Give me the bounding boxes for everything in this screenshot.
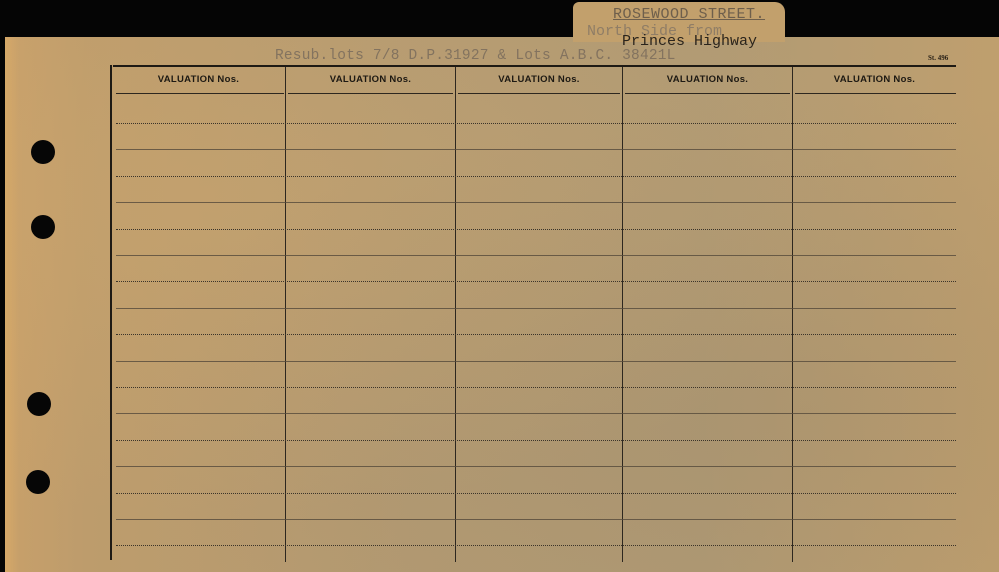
column-header: VALUATION Nos. [793, 74, 956, 85]
table-top-border [113, 65, 956, 67]
row-rule [116, 229, 956, 230]
punch-hole-icon [31, 140, 55, 164]
column-header: VALUATION Nos. [623, 74, 792, 85]
row-rule [116, 176, 956, 177]
header-underline [116, 93, 284, 94]
form-number: St. 496 [928, 54, 948, 62]
header-underline [288, 93, 453, 94]
row-rule [116, 123, 956, 124]
column-header: VALUATION Nos. [456, 74, 622, 85]
table-left-border [110, 65, 112, 560]
row-rule [116, 255, 956, 256]
row-rule [116, 202, 956, 203]
punch-hole-icon [27, 392, 51, 416]
row-rule [116, 466, 956, 467]
street-name: ROSEWOOD STREET. [613, 6, 765, 23]
lots-description: Resub.lots 7/8 D.P.31927 & Lots A.B.C. 3… [275, 48, 676, 64]
punch-hole-icon [31, 215, 55, 239]
row-rule [116, 334, 956, 335]
column-divider [455, 67, 456, 562]
row-rule [116, 281, 956, 282]
punch-hole-icon [26, 470, 50, 494]
column-header: VALUATION Nos. [112, 74, 285, 85]
row-rule [116, 308, 956, 309]
column-divider [792, 67, 793, 562]
row-rule [116, 519, 956, 520]
row-rule [116, 149, 956, 150]
header-underline [625, 93, 790, 94]
row-rule [116, 361, 956, 362]
row-rule [116, 440, 956, 441]
row-rule [116, 387, 956, 388]
column-divider [622, 67, 623, 562]
header-underline [795, 93, 956, 94]
card-edge-stain [5, 37, 19, 572]
column-divider [285, 67, 286, 562]
row-rule [116, 493, 956, 494]
row-rule [116, 545, 956, 546]
record-card [5, 37, 999, 572]
column-header: VALUATION Nos. [286, 74, 455, 85]
header-underline [458, 93, 620, 94]
row-rule [116, 413, 956, 414]
